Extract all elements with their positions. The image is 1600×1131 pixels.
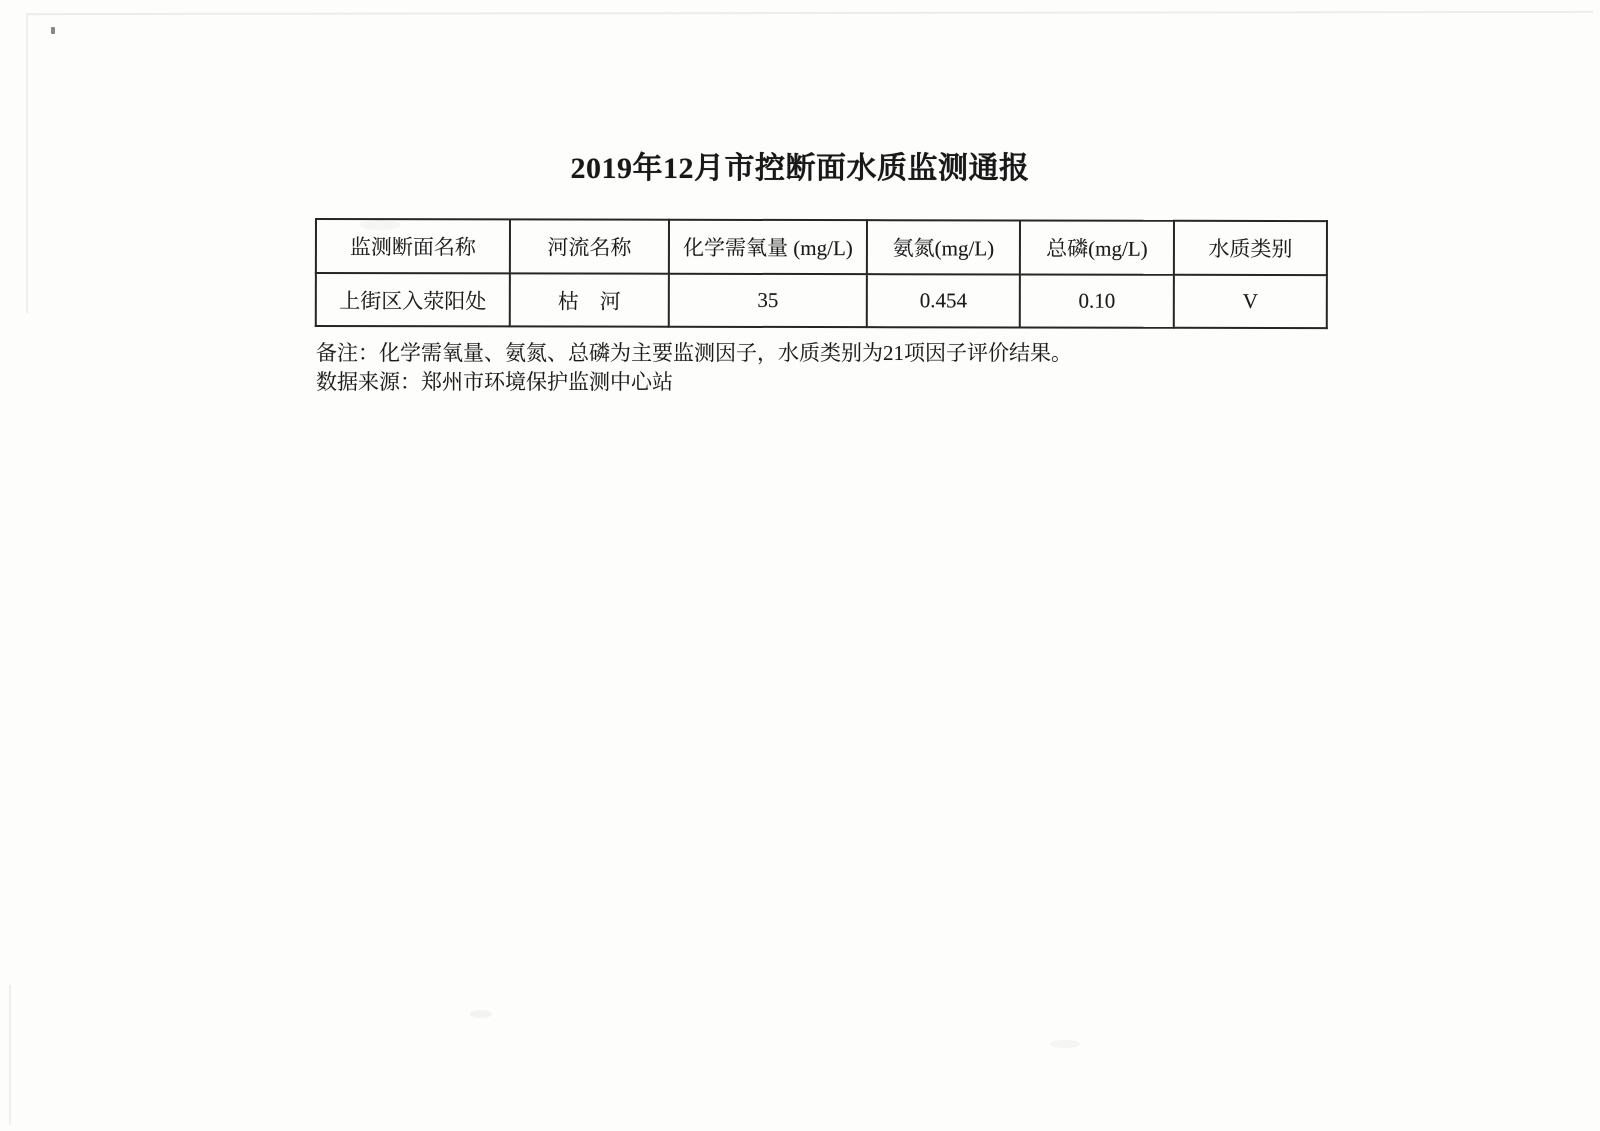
scanned-document-page: 2019年12月市控断面水质监测通报 监测断面名称 河流名称 化学需氧量 (mg… bbox=[0, 0, 1600, 1131]
scan-speck bbox=[51, 27, 55, 34]
remark-note: 备注：化学需氧量、氨氮、总磷为主要监测因子，水质类别为21项因子评价结果。 bbox=[316, 339, 1096, 368]
header-cell-ammonia-nitrogen: 氨氮(mg/L) bbox=[867, 220, 1020, 274]
cell-total-phosphorus-value: 0.10 bbox=[1020, 274, 1174, 327]
scan-smudge bbox=[470, 1010, 492, 1018]
scan-smudge bbox=[1050, 1040, 1080, 1048]
cell-water-quality-category-value: V bbox=[1174, 275, 1327, 328]
scan-edge-left-line-lower bbox=[9, 985, 11, 1125]
cell-cod-value: 35 bbox=[669, 274, 867, 327]
header-cell-section-name: 监测断面名称 bbox=[316, 219, 510, 273]
cell-river-name: 枯 河 bbox=[510, 273, 669, 326]
scan-edge-top-line bbox=[28, 11, 1593, 15]
data-source-note: 数据来源：郑州市环境保护监测中心站 bbox=[316, 368, 1096, 397]
header-cell-water-quality-category: 水质类别 bbox=[1174, 221, 1327, 275]
cell-ammonia-nitrogen-value: 0.454 bbox=[867, 274, 1020, 327]
table-header-row: 监测断面名称 河流名称 化学需氧量 (mg/L) 氨氮(mg/L) 总磷(mg/… bbox=[316, 219, 1327, 275]
table-row: 上街区入荥阳处 枯 河 35 0.454 0.10 V bbox=[316, 273, 1327, 328]
water-quality-table: 监测断面名称 河流名称 化学需氧量 (mg/L) 氨氮(mg/L) 总磷(mg/… bbox=[315, 218, 1328, 329]
header-cell-total-phosphorus: 总磷(mg/L) bbox=[1020, 220, 1174, 274]
document-title: 2019年12月市控断面水质监测通报 bbox=[0, 143, 1600, 187]
footnotes: 备注：化学需氧量、氨氮、总磷为主要监测因子，水质类别为21项因子评价结果。 数据… bbox=[316, 339, 1096, 397]
cell-section-name: 上街区入荥阳处 bbox=[316, 273, 510, 326]
header-cell-cod: 化学需氧量 (mg/L) bbox=[669, 220, 867, 274]
header-cell-river-name: 河流名称 bbox=[510, 219, 669, 273]
